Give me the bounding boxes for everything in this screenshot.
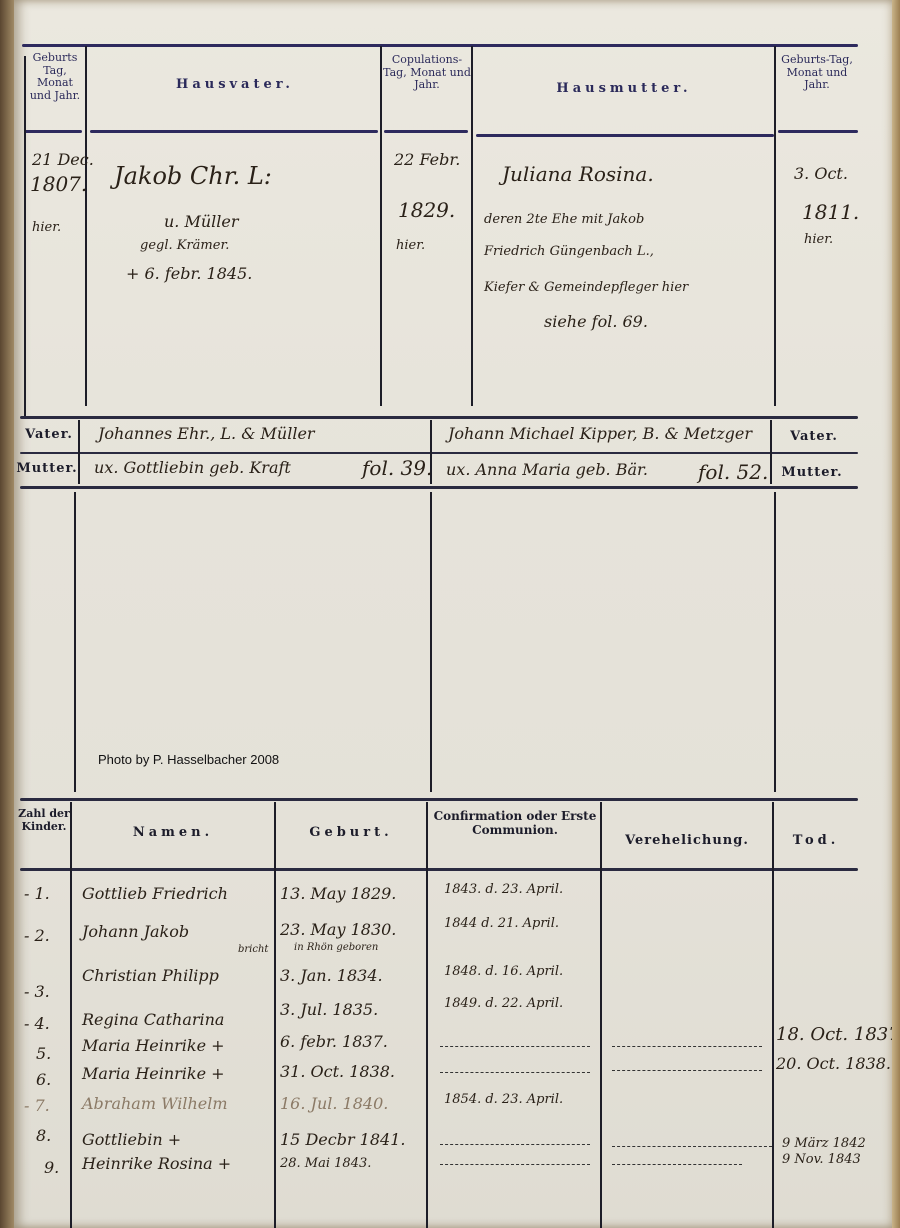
header-namen: Namen.	[72, 826, 274, 841]
marriage-dash	[612, 1146, 772, 1147]
child-birth: 23. May 1830.	[280, 920, 396, 939]
header-tod: Tod.	[774, 834, 858, 849]
mother-note-1: deren 2te Ehe mit Jakob	[484, 212, 644, 227]
child-birth: 3. Jul. 1835.	[280, 1000, 378, 1019]
father-death: + 6. febr. 1845.	[126, 264, 252, 283]
child-death: 9 März 1842	[782, 1136, 866, 1151]
wife-fol: fol. 52.	[698, 460, 768, 484]
children-top-rule	[20, 798, 858, 801]
child-name: Christian Philipp	[82, 966, 219, 985]
child-number: - 1.	[24, 884, 50, 903]
mother-note-4: siehe fol. 69.	[544, 312, 648, 331]
child-birth: 15 Decbr 1841.	[280, 1130, 405, 1149]
mother-birth-year: 1811.	[802, 200, 859, 224]
child-birth: 13. May 1829.	[280, 884, 396, 903]
father-name: Jakob Chr. L:	[114, 162, 272, 190]
father-occupation: u. Müller	[164, 212, 239, 231]
label-mutter-left: Mutter.	[16, 462, 78, 477]
marriage-place: hier.	[396, 238, 425, 253]
header-geburt: Geburt.	[276, 826, 426, 841]
col-divider	[274, 802, 276, 1228]
header-rule	[384, 130, 468, 133]
parents-mid-rule	[20, 452, 858, 454]
label-vater-left: Vater.	[20, 428, 78, 443]
child-name: Johann Jakob	[82, 922, 189, 941]
col-divider	[85, 46, 87, 406]
child-confirmation: 1848. d. 16. April.	[444, 964, 563, 979]
header-hausmutter: Hausmutter.	[474, 82, 774, 97]
child-number: 9.	[44, 1158, 59, 1177]
parents-bottom-rule	[20, 486, 858, 489]
child-birth: 3. Jan. 1834.	[280, 966, 383, 985]
child-death: 9 Nov. 1843	[782, 1152, 861, 1167]
child-number: 8.	[36, 1126, 51, 1145]
mother-birth-place: hier.	[804, 232, 833, 247]
header-verehelichung: Verehelichung.	[602, 834, 772, 849]
col-divider	[24, 56, 26, 416]
label-vater-right: Vater.	[774, 430, 854, 445]
confirmation-dash	[440, 1072, 590, 1073]
child-birth: 28. Mai 1843.	[280, 1156, 371, 1171]
child-birth: 6. febr. 1837.	[280, 1032, 388, 1051]
marriage-dash	[612, 1164, 742, 1165]
col-divider	[426, 802, 428, 1228]
col-divider	[78, 420, 80, 484]
header-rule	[476, 134, 774, 137]
confirmation-dash	[440, 1046, 590, 1047]
father-birth-year: 1807.	[30, 172, 87, 196]
marriage-dash	[612, 1070, 762, 1071]
register-page: Geburts Tag, Monat und Jahr. Hausvater. …	[14, 0, 894, 1228]
col-divider	[380, 46, 382, 406]
child-name: Gottliebin +	[82, 1130, 181, 1149]
child-confirmation: 1854. d. 23. April.	[444, 1092, 563, 1107]
col-divider	[774, 46, 776, 406]
confirmation-dash	[440, 1164, 590, 1165]
child-name: Gottlieb Friedrich	[82, 884, 228, 903]
label-mutter-right: Mutter.	[770, 466, 854, 481]
child-number: - 2.	[24, 926, 50, 945]
confirmation-dash	[440, 1144, 590, 1145]
header-rule	[90, 130, 378, 133]
child-name: Abraham Wilhelm	[82, 1094, 228, 1113]
father-birth-place: hier.	[32, 220, 61, 235]
header-geburt-vater: Geburts Tag, Monat und Jahr.	[26, 52, 84, 103]
col-divider	[70, 802, 72, 1228]
wife-mother: ux. Anna Maria geb. Bär.	[446, 460, 648, 479]
child-name: Maria Heinrike +	[82, 1036, 225, 1055]
header-hausvater: Hausvater.	[90, 78, 380, 93]
mother-birth-date: 3. Oct.	[794, 164, 848, 183]
child-number: 6.	[36, 1070, 51, 1089]
photo-credit: Photo by P. Hasselbacher 2008	[98, 752, 279, 767]
child-birth: 16. Jul. 1840.	[280, 1094, 388, 1113]
marriage-dash	[612, 1046, 762, 1047]
col-divider	[600, 802, 602, 1228]
parents-top-rule	[20, 416, 858, 419]
mother-name: Juliana Rosina.	[502, 162, 654, 186]
husband-mother: ux. Gottliebin geb. Kraft	[94, 458, 291, 477]
header-confirmation: Confirmation oder Erste Communion.	[430, 810, 600, 838]
child-number: - 3.	[24, 982, 50, 1001]
mother-note-3: Kiefer & Gemeindepfleger hier	[484, 280, 688, 295]
child-name: Heinrike Rosina +	[82, 1154, 231, 1173]
col-divider	[774, 492, 776, 792]
marriage-year: 1829.	[398, 198, 455, 222]
col-divider	[772, 802, 774, 1228]
husband-father: Johannes Ehr., L. & Müller	[98, 424, 315, 443]
header-geburt-mutter: Geburts-Tag, Monat und Jahr.	[776, 54, 858, 92]
mother-note-2: Friedrich Güngenbach L.,	[484, 244, 654, 259]
col-divider	[471, 46, 473, 406]
father-birth-date: 21 Dec.	[32, 150, 94, 169]
child-name-note: bricht	[238, 944, 268, 955]
child-confirmation: 1844 d. 21. April.	[444, 916, 559, 931]
col-divider	[430, 492, 432, 792]
child-name: Maria Heinrike +	[82, 1064, 225, 1083]
header-zahl: Zahl der Kinder.	[18, 808, 70, 833]
col-divider	[74, 492, 76, 792]
marriage-date: 22 Febr.	[394, 150, 460, 169]
child-birth: 31. Oct. 1838.	[280, 1062, 395, 1081]
father-note: gegl. Krämer.	[140, 238, 229, 253]
top-rule	[22, 44, 858, 47]
child-number: - 4.	[24, 1014, 50, 1033]
husband-fol: fol. 39.	[362, 456, 432, 480]
book-edge-right	[892, 0, 900, 1228]
child-death: 20. Oct. 1838.	[776, 1054, 891, 1073]
child-confirmation: 1849. d. 22. April.	[444, 996, 563, 1011]
child-birth-note: in Rhön geboren	[294, 942, 378, 953]
children-header-rule	[20, 868, 858, 871]
header-rule	[778, 130, 858, 133]
child-name: Regina Catharina	[82, 1010, 224, 1029]
child-death: 18. Oct. 1837.	[776, 1024, 900, 1045]
header-copulation: Copulations-Tag, Monat und Jahr.	[382, 54, 472, 92]
child-confirmation: 1843. d. 23. April.	[444, 882, 563, 897]
header-rule	[24, 130, 82, 133]
child-number: 5.	[36, 1044, 51, 1063]
wife-father: Johann Michael Kipper, B. & Metzger	[448, 424, 752, 443]
child-number: - 7.	[24, 1096, 50, 1115]
